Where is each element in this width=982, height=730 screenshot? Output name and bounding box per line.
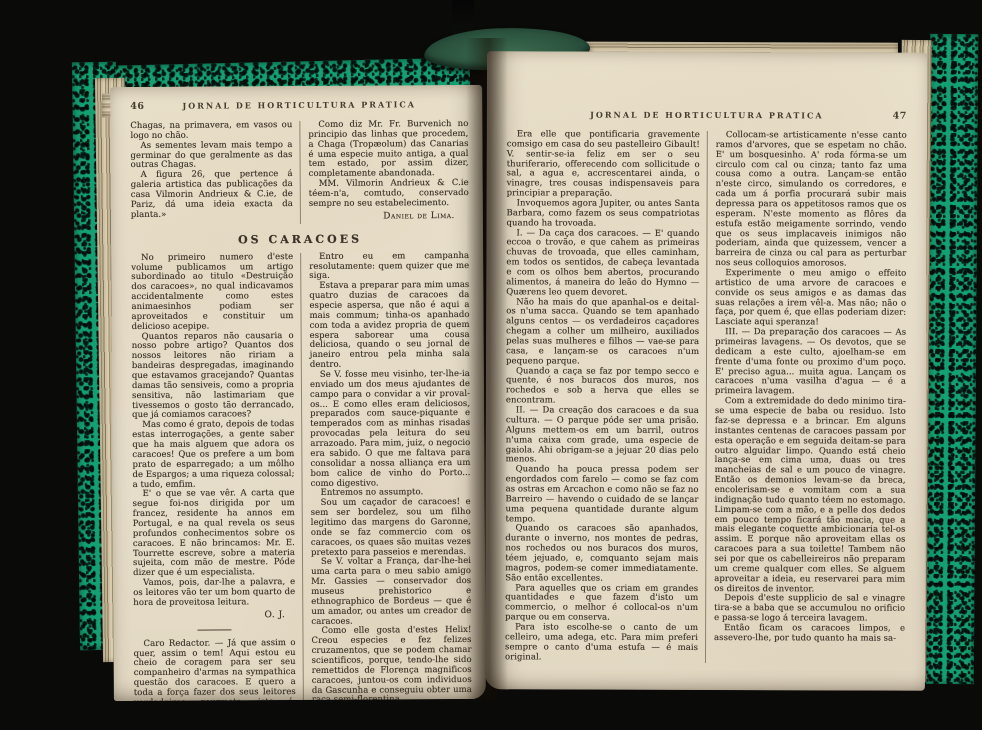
paragraph: Como diz Mr. Fr. Burvenich no principio … [308,120,468,180]
right-column-1: Era elle que pontificaria gravemente com… [505,130,707,663]
section-heading-os-caracoes: OS CARACOES [131,232,469,247]
paragraph: Collocam-se artisticamente n'esse canto … [715,131,906,270]
paragraph: Depois d'este supplicio de sal e vinagre… [714,594,905,624]
left-top-column-2-text: Como diz Mr. Fr. Burvenich no principio … [308,120,469,210]
left-bottom-column-1: No primeiro numero d'este volume publica… [131,253,303,701]
paragraph: A figura 26, que pertence á galeria arti… [131,170,293,220]
left-page-header: 46 JORNAL DE HORTICULTURA PRATICA [130,99,468,112]
paragraph: As sementes levam mais tempo a germinar … [130,141,292,172]
right-column-2: Collocam-se artisticamente n'esse canto … [705,131,907,664]
paragraph: Invoquemos agora Jupiter, ou antes Santa… [506,199,699,229]
left-bottom-column-2: Entro eu em campanha resolutamente: quem… [300,252,472,701]
paragraph: Como elle gosta d'estes Helix! Creou esp… [311,626,471,701]
paragraph: Quantos reparos não causaria o nosso pob… [132,332,295,422]
editor-initials-signature: O. J. [133,608,295,623]
photo-background: 46 JORNAL DE HORTICULTURA PRATICA Chagas… [0,0,982,730]
paragraph: Estava a preparar para mim umas quatro d… [309,281,470,371]
paragraph: Experimente o meu amigo o effeito artist… [715,269,906,329]
letter-divider-rule [197,629,231,630]
paragraph: MM. Vilmorin Andrieux & C.ie téem-n'a, c… [309,179,469,210]
paragraph: Quando ha pouca pressa podem ser engorda… [505,466,698,526]
paragraph: Se V. fosse meu visinho, ter-lhe-ia envi… [310,370,471,489]
paragraph: Com a extremidade do dedo minimo tira-se… [714,397,906,595]
letter-opening-text: Caro Redactor. — Já que assim o quer, as… [134,639,296,701]
paragraph: Vamos, pois, dar-lhe a palavra, e os lei… [133,578,295,609]
left-top-column-2: Como diz Mr. Fr. Burvenich no principio … [299,120,469,224]
book-cover-right-edge [926,34,979,684]
paragraph: Então ficam os caracoes limpos, e asseve… [714,624,905,644]
paragraph: Caro Redactor. — Já que assim o quer, as… [134,639,296,701]
paragraph: Para isto escolhe-se o canto de um celle… [505,623,698,663]
journal-title-left: JORNAL DE HORTICULTURA PRATICA [164,99,434,111]
paragraph: Se V. voltar a França, dar-lhe-hei uma c… [311,557,471,627]
left-bottom-column-1-text: No primeiro numero d'este volume publica… [131,253,295,609]
left-page-top-section: Chagas, na primavera, em vasos ou logo n… [130,120,469,225]
left-page-bottom-section: No primeiro numero d'este volume publica… [131,252,472,701]
paragraph: Quando os caracoes são apanhados, durant… [505,525,698,585]
paragraph: Entro eu em campanha resolutamente: quem… [309,252,469,283]
paragraph: E' o que se vae vêr. A carta que segue f… [133,489,296,579]
left-page: 46 JORNAL DE HORTICULTURA PRATICA Chagas… [110,85,486,701]
page-number-left: 46 [130,101,164,112]
right-page: JORNAL DE HORTICULTURA PRATICA 47 Era el… [485,51,927,691]
paragraph: Chagas, na primavera, em vasos ou logo n… [130,121,292,142]
paragraph: III. — Da preparação dos caracoes — As p… [715,328,906,398]
journal-title-right: JORNAL DE HORTICULTURA PRATICA [541,109,873,120]
right-page-body: Era elle que pontificaria gravemente com… [505,130,907,664]
left-top-column-1: Chagas, na primavera, em vasos ou logo n… [130,121,300,225]
right-page-header: JORNAL DE HORTICULTURA PRATICA 47 [507,109,907,121]
author-signature-daniel-de-lima: Daniel de Lima. [309,209,469,224]
page-number-right: 47 [873,111,907,122]
paragraph: No primeiro numero d'este volume publica… [131,253,293,333]
paragraph: Mas como é grato, depois de todas estas … [132,420,294,490]
paragraph: I. — Da caça dos caracoes. — E' quando e… [506,229,699,299]
paragraph: Para aquelles que os criam em grandes qu… [505,584,698,624]
paragraph: Não ha mais do que apanhal-os e deital-o… [506,298,699,368]
paragraph: Era elle que pontificaria gravemente com… [507,130,700,200]
paragraph: Quando a caça se faz por tempo secco e q… [506,367,699,407]
paragraph: Sou um caçador de caracoes! e sem ser bo… [311,498,471,558]
paragraph: II. — Da creação dos caracoes e da sua c… [506,406,699,466]
